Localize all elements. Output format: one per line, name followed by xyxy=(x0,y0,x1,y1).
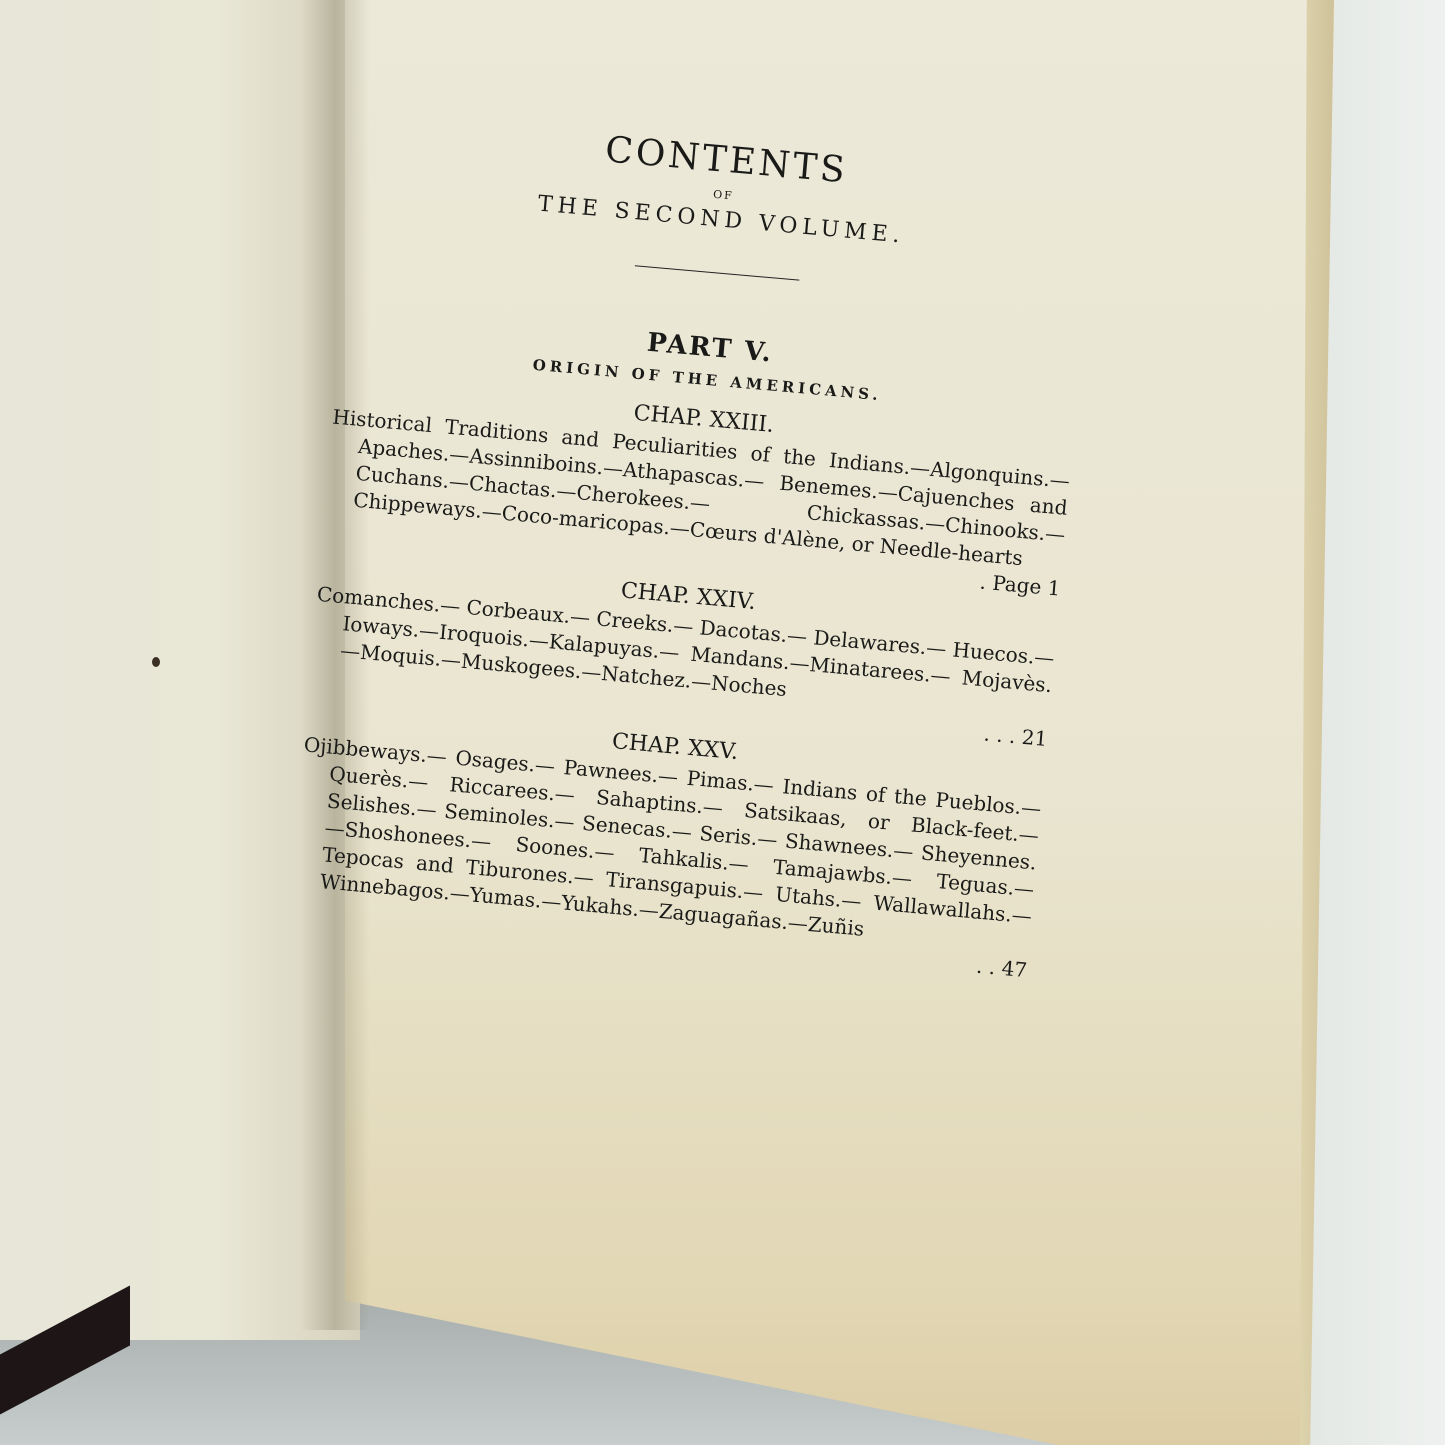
contents-text: CONTENTS OF THE SECOND VOLUME. PART V. O… xyxy=(289,88,1099,984)
divider xyxy=(634,265,798,280)
foxing-spot xyxy=(152,657,160,667)
